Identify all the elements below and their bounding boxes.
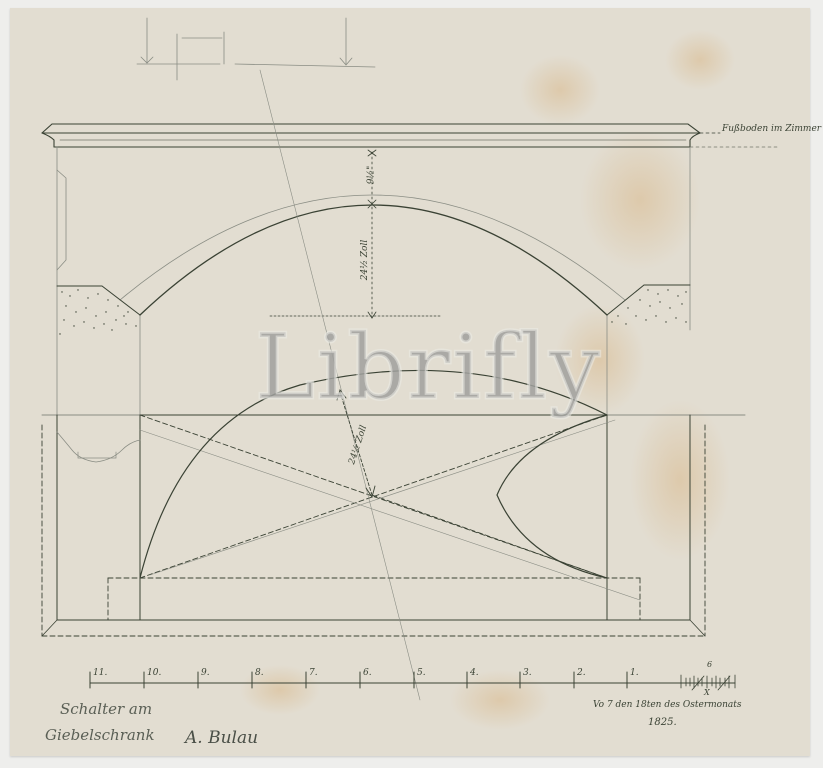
main-arch bbox=[140, 205, 607, 315]
title-line-1: Schalter am bbox=[60, 700, 152, 718]
outer-arch-faint bbox=[120, 195, 625, 300]
top-dimension-label: 9½" bbox=[366, 166, 376, 185]
date-line-1: Vo 7 den 18ten des Ostermonats bbox=[593, 700, 742, 710]
signature: A. Bulau bbox=[185, 728, 258, 748]
scale-tick-label: 2. bbox=[577, 668, 586, 678]
right-springer bbox=[607, 285, 690, 315]
scale-tick-label: 6. bbox=[363, 668, 372, 678]
pointed-arc bbox=[497, 415, 607, 578]
fine-scale-label-top: 6 bbox=[707, 660, 712, 669]
floor-label: Fußboden im Zimmer bbox=[722, 124, 821, 134]
scale-tick-label: 5. bbox=[417, 668, 426, 678]
scale-tick-label: 11. bbox=[93, 668, 107, 678]
firebox-dashed bbox=[42, 425, 705, 636]
left-corbel bbox=[57, 432, 140, 462]
vertical-dimension bbox=[270, 150, 440, 318]
scale-tick-label: 4. bbox=[470, 668, 479, 678]
fine-scale-label-bottom: X bbox=[704, 688, 710, 697]
watermark: Librifly bbox=[255, 318, 575, 418]
title-line-2: Giebelschrank bbox=[45, 726, 155, 744]
scale-tick-label: 1. bbox=[630, 668, 639, 678]
scale-tick-label: 8. bbox=[255, 668, 264, 678]
left-springer bbox=[57, 286, 140, 315]
date-line-2: 1825. bbox=[648, 717, 677, 728]
scale-tick-label: 3. bbox=[523, 668, 532, 678]
right-stipple bbox=[611, 289, 686, 324]
top-detail bbox=[137, 18, 375, 80]
mantel-cornice bbox=[42, 124, 700, 147]
arch-rise-dimension-label: 24½ Zoll bbox=[360, 240, 370, 280]
scale-tick-label: 7. bbox=[309, 668, 318, 678]
scale-tick-label: 9. bbox=[201, 668, 210, 678]
scale-tick-label: 10. bbox=[147, 668, 161, 678]
